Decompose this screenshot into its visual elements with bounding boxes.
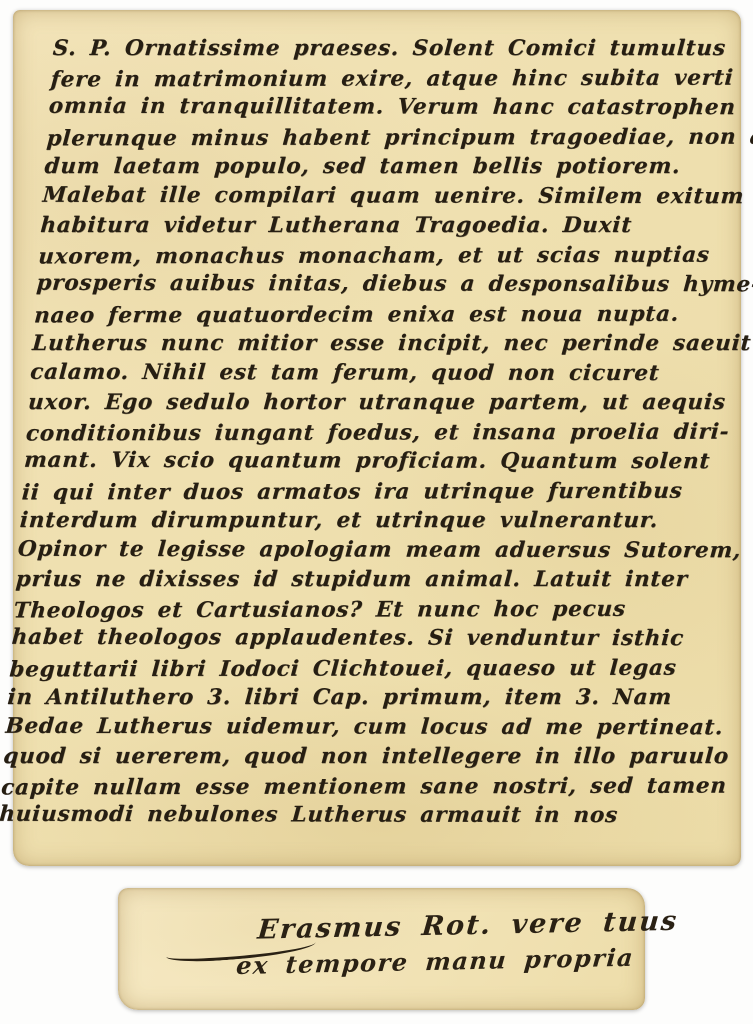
- manuscript-sheet: S. P. Ornatissime praeses. Solent Comici…: [13, 10, 741, 866]
- manuscript-line: calamo. Nihil est tam ferum, quod non ci…: [29, 357, 736, 388]
- manuscript-line: ii qui inter duos armatos ira utrinque f…: [21, 476, 728, 507]
- manuscript-line: omnia in tranquillitatem. Verum hanc cat…: [48, 92, 753, 123]
- manuscript-line: Lutherus nunc mitior esse incipit, nec p…: [31, 329, 738, 359]
- manuscript-line: huiusmodi nebulones Lutherus armauit in …: [0, 800, 705, 831]
- manuscript-line: in Antiluthero 3. libri Cap. primum, ite…: [6, 683, 713, 713]
- manuscript-line: habitura videtur Lutherana Tragoedia. Du…: [39, 211, 746, 241]
- manuscript-line: beguttarii libri Iodoci Clichtouei, quae…: [8, 653, 715, 684]
- manuscript-line: Bedae Lutherus uidemur, cum locus ad me …: [4, 711, 711, 742]
- manuscript-line: conditionibus iungant foedus, et insana …: [25, 417, 732, 448]
- manuscript-line: Malebat ille compilari quam uenire. Simi…: [42, 180, 749, 211]
- manuscript-line: interdum dirumpuntur, et utrinque vulner…: [19, 506, 726, 536]
- manuscript-line: naeo ferme quatuordecim enixa est noua n…: [33, 299, 740, 330]
- manuscript-line: dum laetam populo, sed tamen bellis poti…: [44, 152, 751, 182]
- manuscript-line: fere in matrimonium exire, atque hinc su…: [50, 63, 753, 94]
- manuscript-line: S. P. Ornatissime praeses. Solent Comici…: [52, 34, 753, 64]
- manuscript-line: capite nullam esse mentionem sane nostri…: [0, 771, 707, 802]
- manuscript-line: quod si uererem, quod non intellegere in…: [2, 742, 709, 772]
- manuscript-line: prius ne dixisses id stupidum animal. La…: [15, 565, 722, 595]
- signature-block: Erasmus Rot. vere tuus ex tempore manu p…: [117, 882, 646, 1015]
- signature-slip: Erasmus Rot. vere tuus ex tempore manu p…: [118, 888, 645, 1010]
- manuscript-line: Theologos et Cartusianos? Et nunc hoc pe…: [13, 594, 720, 625]
- manuscript-line: mant. Vix scio quantum proficiam. Quantu…: [23, 446, 730, 477]
- manuscript-line: Opinor te legisse apologiam meam aduersu…: [17, 534, 724, 565]
- manuscript-line: habet theologos applaudentes. Si vendunt…: [11, 623, 718, 654]
- manuscript-line: uxorem, monachus monacham, et ut scias n…: [37, 240, 744, 271]
- manuscript-line: uxor. Ego sedulo hortor utranque partem,…: [27, 388, 734, 418]
- manuscript-line: plerunque minus habent principum tragoed…: [46, 122, 753, 153]
- signature-name: Erasmus Rot. vere tuus: [256, 906, 679, 946]
- manuscript-line: prosperis auibus initas, diebus a despon…: [35, 269, 742, 300]
- manuscript-text-block: S. P. Ornatissime praeses. Solent Comici…: [0, 34, 753, 831]
